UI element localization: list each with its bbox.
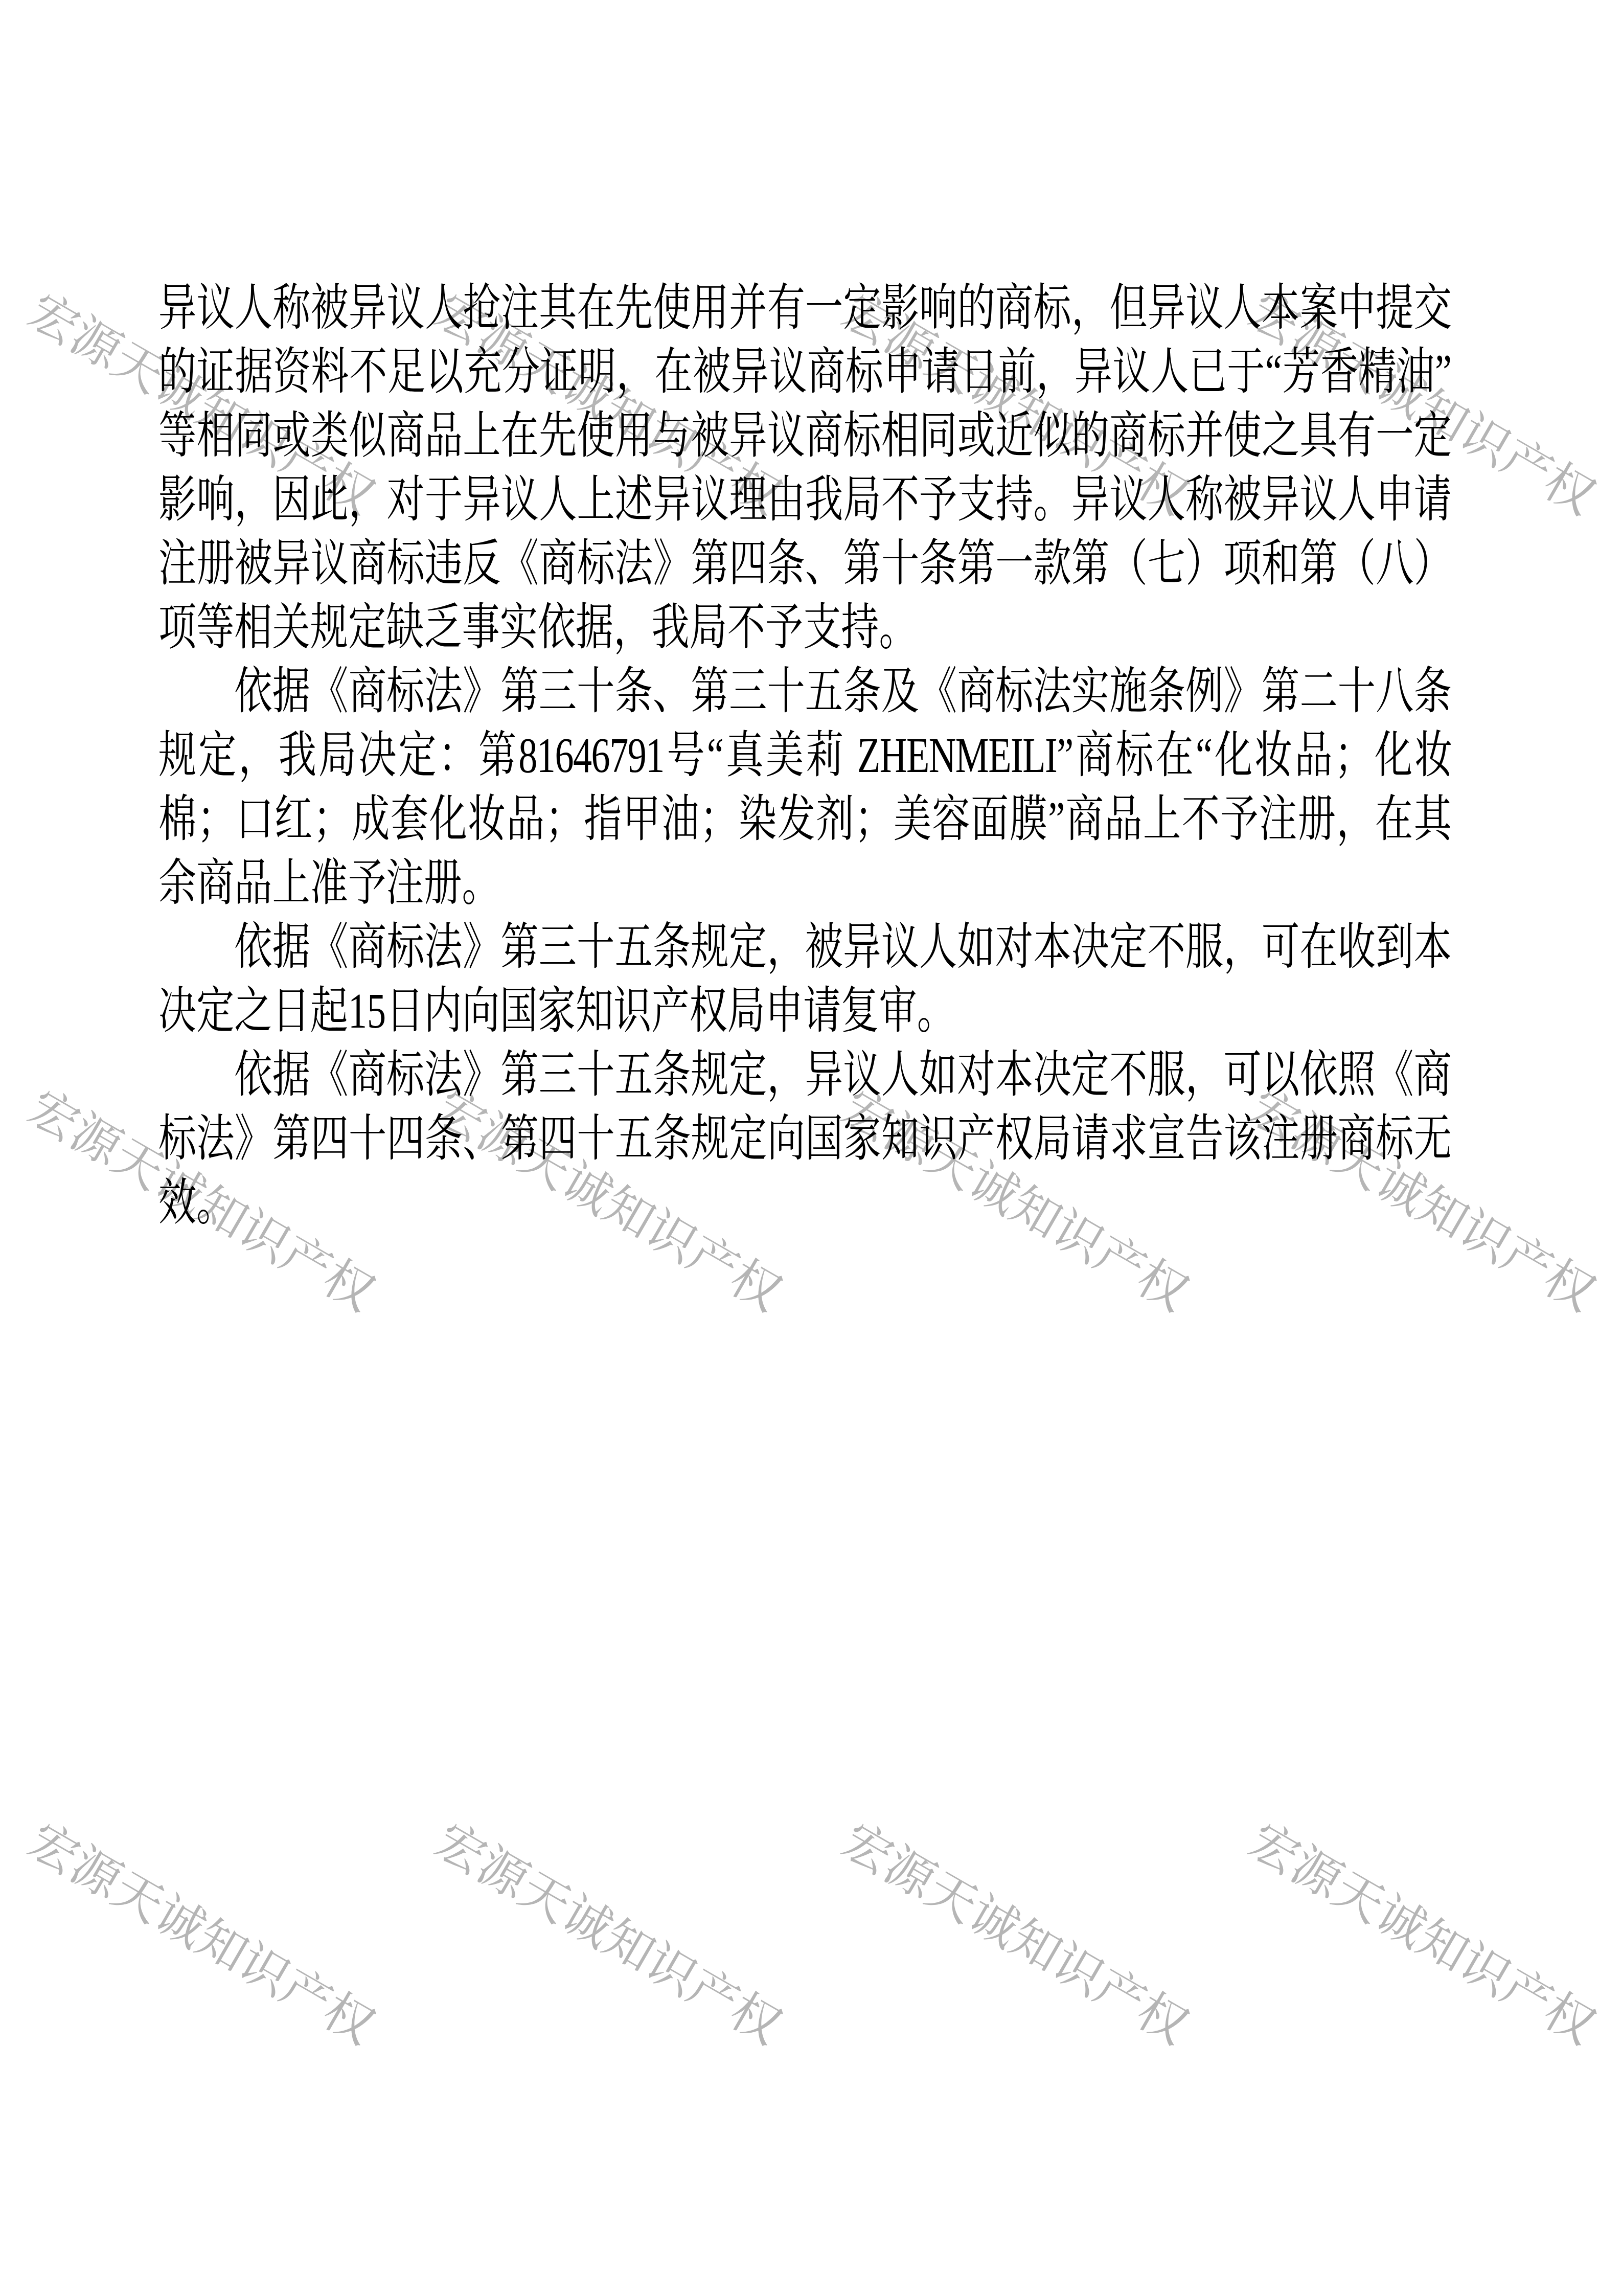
- text-line: 依据《商标法》第三十五条规定，被异议人如对本决定不服，可在收到本: [158, 916, 1452, 980]
- text-line: 影响，因此，对于异议人上述异议理由我局不予支持。异议人称被异议人申请: [158, 468, 1452, 532]
- watermark-text: 宏源天诚知识产权: [835, 1816, 1196, 2052]
- document-body: 异议人称被异议人抢注其在先使用并有一定影响的商标，但异议人本案中提交 的证据资料…: [158, 277, 1452, 1235]
- text-line: 异议人称被异议人抢注其在先使用并有一定影响的商标，但异议人本案中提交: [158, 277, 1452, 340]
- watermark-text: 宏源天诚知识产权: [21, 1816, 382, 2052]
- text-line: 注册被异议商标违反《商标法》第四条、第十条第一款第（七）项和第（八）: [158, 532, 1452, 596]
- text-line: 依据《商标法》第三十五条规定，异议人如对本决定不服，可以依照《商: [158, 1043, 1452, 1107]
- text-line: 决定之日起15日内向国家知识产权局申请复审。: [158, 980, 1452, 1043]
- text-line: 标法》第四十四条、第四十五条规定向国家知识产权局请求宣告该注册商标无: [158, 1107, 1452, 1171]
- text-line: 的证据资料不足以充分证明，在被异议商标申请日前，异议人已于“芳香精油”: [158, 340, 1452, 404]
- watermark-text: 宏源天诚知识产权: [1242, 1816, 1603, 2052]
- document-page: 宏源天诚知识产权 宏源天诚知识产权 宏源天诚知识产权 宏源天诚知识产权 宏源天诚…: [0, 0, 1622, 2296]
- text-line: 等相同或类似商品上在先使用与被异议商标相同或近似的商标并使之具有一定: [158, 404, 1452, 468]
- watermark-text: 宏源天诚知识产权: [428, 1816, 789, 2052]
- text-line: 棉；口红；成套化妆品；指甲油；染发剂；美容面膜”商品上不予注册，在其: [158, 788, 1452, 852]
- text-line: 规定，我局决定：第81646791号“真美莉 ZHENMEILI”商标在“化妆品…: [158, 724, 1452, 788]
- text-line: 余商品上准予注册。: [158, 852, 1452, 916]
- text-line: 依据《商标法》第三十条、第三十五条及《商标法实施条例》第二十八条: [158, 660, 1452, 724]
- text-line: 项等相关规定缺乏事实依据，我局不予支持。: [158, 596, 1452, 660]
- text-line: 效。: [158, 1171, 1452, 1235]
